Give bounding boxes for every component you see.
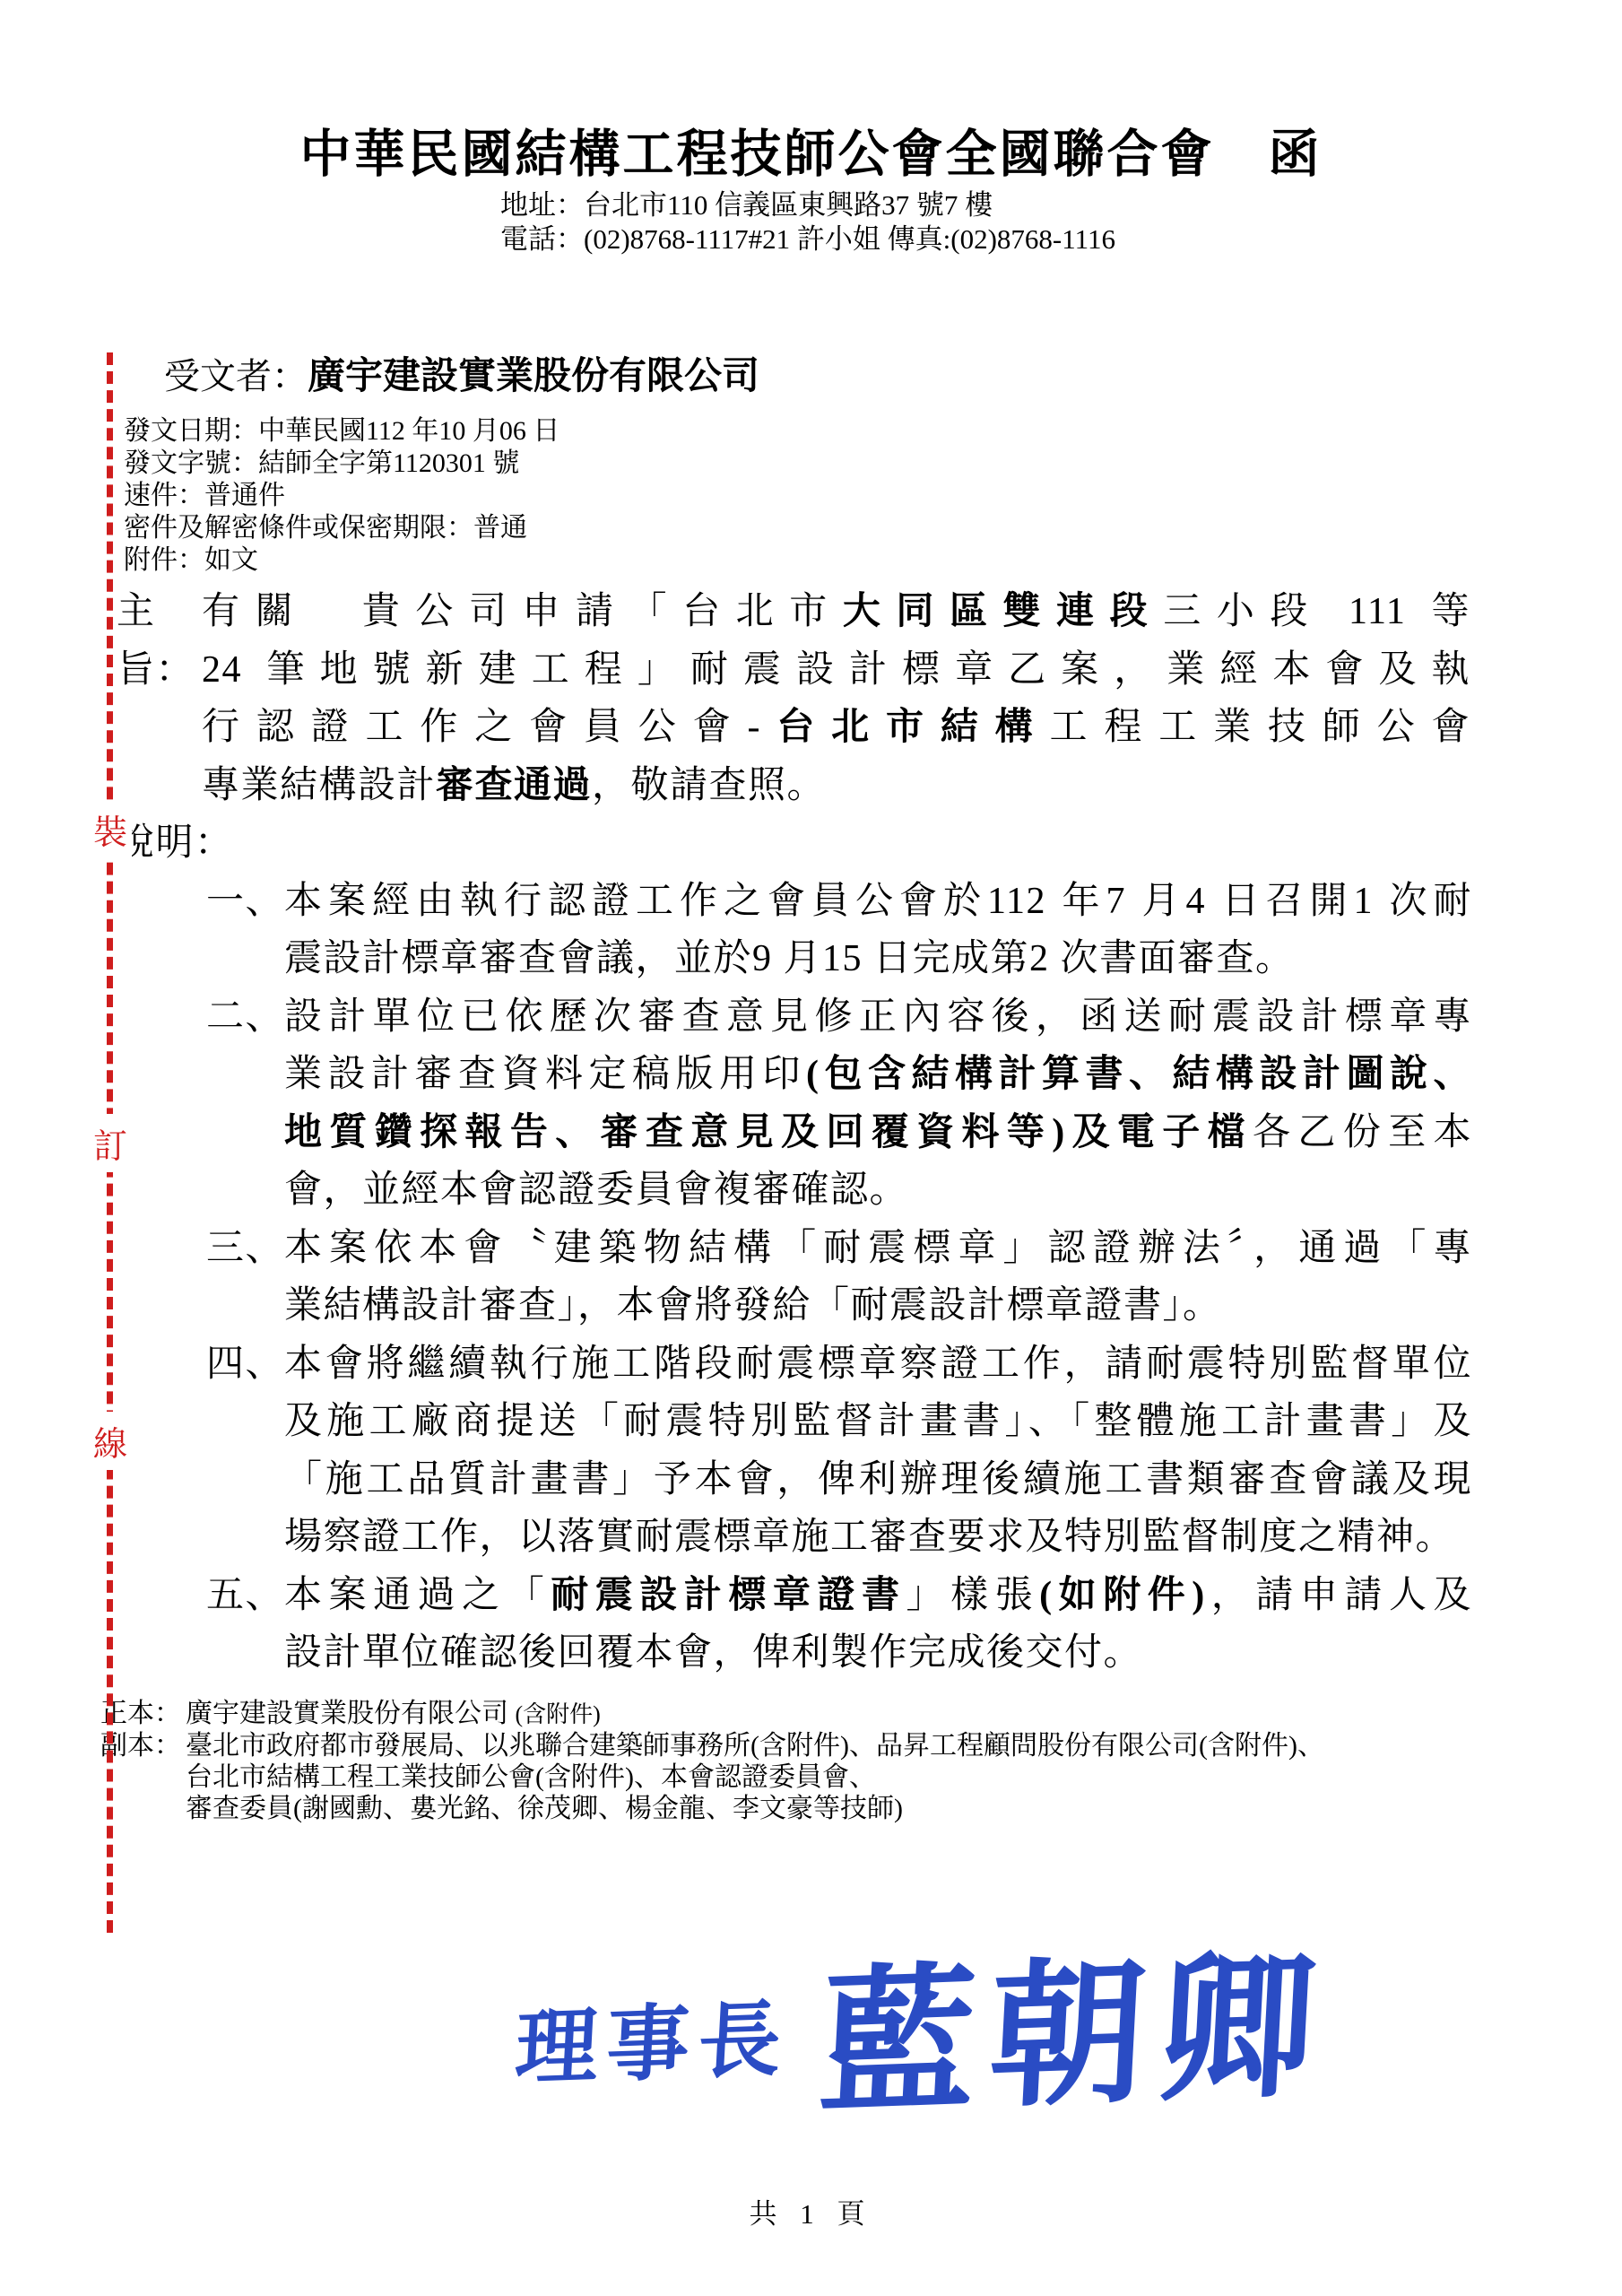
item-text-bold: (包含結構計算書、結構設計圖說、 bbox=[806, 1054, 1472, 1095]
copy-recipient-row: 副本： 臺北市政府都市發展局、以兆聯合建築師事務所(含附件)、品昇工程顧問股份有… bbox=[100, 1730, 1324, 1824]
subject-text: ，敬請查照。 bbox=[592, 765, 826, 806]
original-recipient-row: 正本： 廣宇建設實業股份有限公司 (含附件) bbox=[100, 1698, 1324, 1730]
copy-value: 臺北市政府都市發展局、以兆聯合建築師事務所(含附件)、品昇工程顧問股份有限公司(… bbox=[186, 1730, 1324, 1824]
subject-text: 行認證工作之會員公會- bbox=[202, 707, 761, 748]
subject-text: 有關 貴公司申請「台北市 bbox=[202, 591, 843, 632]
subject-text-bold: 審查通過 bbox=[436, 765, 592, 806]
chairman-name: 藍朝卿 bbox=[814, 1900, 1334, 2144]
item-text-bold: (如附件) bbox=[1039, 1575, 1206, 1616]
item-line: 本案通過之「耐震設計標章證書」樣張(如附件)，請申請人及 bbox=[284, 1567, 1472, 1625]
item-number: 三、 bbox=[206, 1220, 284, 1335]
page-count-footer: 共 1 頁 bbox=[0, 2191, 1622, 2231]
subject-text-bold: 台北市結構 bbox=[761, 707, 1050, 748]
letter-body: 主旨： 有關 貴公司申請「台北市大同區雙連段三小段 111 等 24 筆地號新建… bbox=[117, 583, 1475, 1683]
original-label: 正本： bbox=[100, 1698, 186, 1730]
explanation-label: 說明： bbox=[117, 814, 1475, 873]
original-attachment-note: (含附件) bbox=[516, 1701, 601, 1727]
item-number: 四、 bbox=[206, 1335, 284, 1567]
item-line: 本案經由執行認證工作之會員公會於112 年7 月4 日召開1 次耐 bbox=[284, 873, 1472, 931]
subject-line: 行認證工作之會員公會-台北市結構工程工業技師公會 bbox=[202, 699, 1470, 757]
item-line: 會，並經本會認證委員會複審確認。 bbox=[284, 1161, 1472, 1220]
subject-line: 有關 貴公司申請「台北市大同區雙連段三小段 111 等 bbox=[202, 583, 1470, 641]
subject-line: 專業結構設計審查通過，敬請查照。 bbox=[202, 757, 1470, 815]
document-title: 中華民國結構工程技師公會全國聯合會 函 bbox=[0, 113, 1622, 187]
recipient-name: 廣宇建設實業股份有限公司 bbox=[308, 356, 759, 397]
subject-text: 工程工業技師公會 bbox=[1050, 707, 1470, 748]
distribution-block: 正本： 廣宇建設實業股份有限公司 (含附件) 副本： 臺北市政府都市發展局、以兆… bbox=[100, 1698, 1324, 1824]
item-text: 」樣張 bbox=[906, 1575, 1040, 1616]
item-text-bold: 地質鑽探報告、審查意見及回覆資料等)及電子檔 bbox=[284, 1112, 1253, 1153]
item-text: 本案通過之「 bbox=[284, 1575, 551, 1616]
subject-text-bold: 大同區雙連段 bbox=[843, 591, 1163, 632]
official-letter-page: 中華民國結構工程技師公會全國聯合會 函 地址：台北市110 信義區東興路37 號… bbox=[0, 0, 1622, 2296]
secrecy-line: 密件及解密條件或保密期限：普通 bbox=[124, 512, 559, 544]
item-content: 本會將繼續執行施工階段耐震標章察證工作，請耐震特別監督單位 及施工廠商提送「耐震… bbox=[284, 1335, 1472, 1567]
copy-line: 台北市結構工程工業技師公會(含附件)、本會認證委員會、 bbox=[186, 1761, 1324, 1793]
item-text: 各乙份至本 bbox=[1253, 1112, 1472, 1153]
item-line: 業設計審查資料定稿版用印(包含結構計算書、結構設計圖說、 bbox=[284, 1046, 1472, 1104]
item-line: 本案依本會〝建築物結構「耐震標章」認證辦法〞，通過「專 bbox=[284, 1220, 1472, 1278]
item-content: 本案經由執行認證工作之會員公會於112 年7 月4 日召開1 次耐 震設計標章審… bbox=[284, 873, 1472, 988]
binding-char-zhuang: 裝 bbox=[89, 800, 132, 858]
item-text: 業設計審查資料定稿版用印 bbox=[284, 1054, 806, 1095]
item-line: 震設計標章審查會議，並於9 月15 日完成第2 次書面審查。 bbox=[284, 930, 1472, 988]
item-line: 及施工廠商提送「耐震特別監督計畫書」、「整體施工計畫書」及 bbox=[284, 1393, 1472, 1451]
meta-block: 發文日期：中華民國112 年10 月06 日 發文字號：結師全字第1120301… bbox=[124, 415, 559, 577]
item-line: 「施工品質計畫書」予本會，俾利辦理後續施工書類審查會議及現 bbox=[284, 1451, 1472, 1509]
attachment-line: 附件：如文 bbox=[124, 544, 559, 577]
item-line: 設計單位已依歷次審查意見修正內容後，函送耐震設計標章專 bbox=[284, 988, 1472, 1047]
explanation-item-3: 三、 本案依本會〝建築物結構「耐震標章」認證辦法〞，通過「專 業結構設計審查」，… bbox=[206, 1220, 1475, 1335]
item-number: 一、 bbox=[206, 873, 284, 988]
copy-line: 臺北市政府都市發展局、以兆聯合建築師事務所(含附件)、品昇工程顧問股份有限公司(… bbox=[186, 1730, 1324, 1761]
item-text-bold: 耐震設計標章證書 bbox=[551, 1575, 906, 1616]
binding-char-xian: 線 bbox=[89, 1412, 132, 1470]
recipient-label: 受文者： bbox=[164, 356, 308, 396]
original-value: 廣宇建設實業股份有限公司 (含附件) bbox=[186, 1698, 601, 1730]
subject-text: 專業結構設計 bbox=[202, 765, 436, 806]
item-content: 本案通過之「耐震設計標章證書」樣張(如附件)，請申請人及 設計單位確認後回覆本會… bbox=[284, 1567, 1472, 1683]
subject-content: 有關 貴公司申請「台北市大同區雙連段三小段 111 等 24 筆地號新建工程」耐… bbox=[202, 583, 1470, 814]
item-content: 設計單位已依歷次審查意見修正內容後，函送耐震設計標章專 業設計審查資料定稿版用印… bbox=[284, 988, 1472, 1220]
binding-char-ding: 訂 bbox=[89, 1114, 132, 1172]
recipient-line: 受文者：廣宇建設實業股份有限公司 bbox=[164, 346, 759, 400]
explanation-item-1: 一、 本案經由執行認證工作之會員公會於112 年7 月4 日召開1 次耐 震設計… bbox=[206, 873, 1475, 988]
item-number: 二、 bbox=[206, 988, 284, 1220]
item-line: 場察證工作，以落實耐震標章施工審查要求及特別監督制度之精神。 bbox=[284, 1509, 1472, 1567]
subject-label: 主旨： bbox=[117, 583, 202, 814]
copy-line: 審查委員(謝國勳、婁光銘、徐茂卿、楊金龍、李文豪等技師) bbox=[186, 1793, 1324, 1824]
address-line: 地址：台北市110 信義區東興路37 號7 樓 bbox=[500, 188, 1115, 222]
original-name: 廣宇建設實業股份有限公司 bbox=[186, 1699, 516, 1728]
phone-fax-line: 電話：(02)8768-1117#21 許小姐 傳真:(02)8768-1116 bbox=[500, 222, 1115, 257]
subject-text: 三小段 111 等 bbox=[1163, 591, 1470, 632]
priority-line: 速件：普通件 bbox=[124, 480, 559, 512]
reference-number-line: 發文字號：結師全字第1120301 號 bbox=[124, 448, 559, 480]
item-number: 五、 bbox=[206, 1567, 284, 1683]
issue-date-line: 發文日期：中華民國112 年10 月06 日 bbox=[124, 415, 559, 448]
copy-label: 副本： bbox=[100, 1730, 186, 1824]
subject-line: 24 筆地號新建工程」耐震設計標章乙案，業經本會及執 bbox=[202, 641, 1470, 700]
contact-block: 地址：台北市110 信義區東興路37 號7 樓 電話：(02)8768-1117… bbox=[500, 188, 1115, 257]
item-line: 地質鑽探報告、審查意見及回覆資料等)及電子檔各乙份至本 bbox=[284, 1104, 1472, 1162]
item-line: 設計單位確認後回覆本會，俾利製作完成後交付。 bbox=[284, 1624, 1472, 1683]
explanation-item-4: 四、 本會將繼續執行施工階段耐震標章察證工作，請耐震特別監督單位 及施工廠商提送… bbox=[206, 1335, 1475, 1567]
item-line: 業結構設計審查」，本會將發給「耐震設計標章證書」。 bbox=[284, 1277, 1472, 1335]
item-text: ，請申請人及 bbox=[1206, 1575, 1472, 1616]
explanation-item-2: 二、 設計單位已依歷次審查意見修正內容後，函送耐震設計標章專 業設計審查資料定稿… bbox=[206, 988, 1475, 1220]
subject-section: 主旨： 有關 貴公司申請「台北市大同區雙連段三小段 111 等 24 筆地號新建… bbox=[117, 583, 1475, 814]
item-line: 本會將繼續執行施工階段耐震標章察證工作，請耐震特別監督單位 bbox=[284, 1335, 1472, 1394]
chairman-title: 理事長 bbox=[513, 1972, 794, 2100]
item-content: 本案依本會〝建築物結構「耐震標章」認證辦法〞，通過「專 業結構設計審查」，本會將… bbox=[284, 1220, 1472, 1335]
explanation-item-5: 五、 本案通過之「耐震設計標章證書」樣張(如附件)，請申請人及 設計單位確認後回… bbox=[206, 1567, 1475, 1683]
chairman-signature-stamp: 理事長 藍朝卿 bbox=[512, 1900, 1332, 2154]
